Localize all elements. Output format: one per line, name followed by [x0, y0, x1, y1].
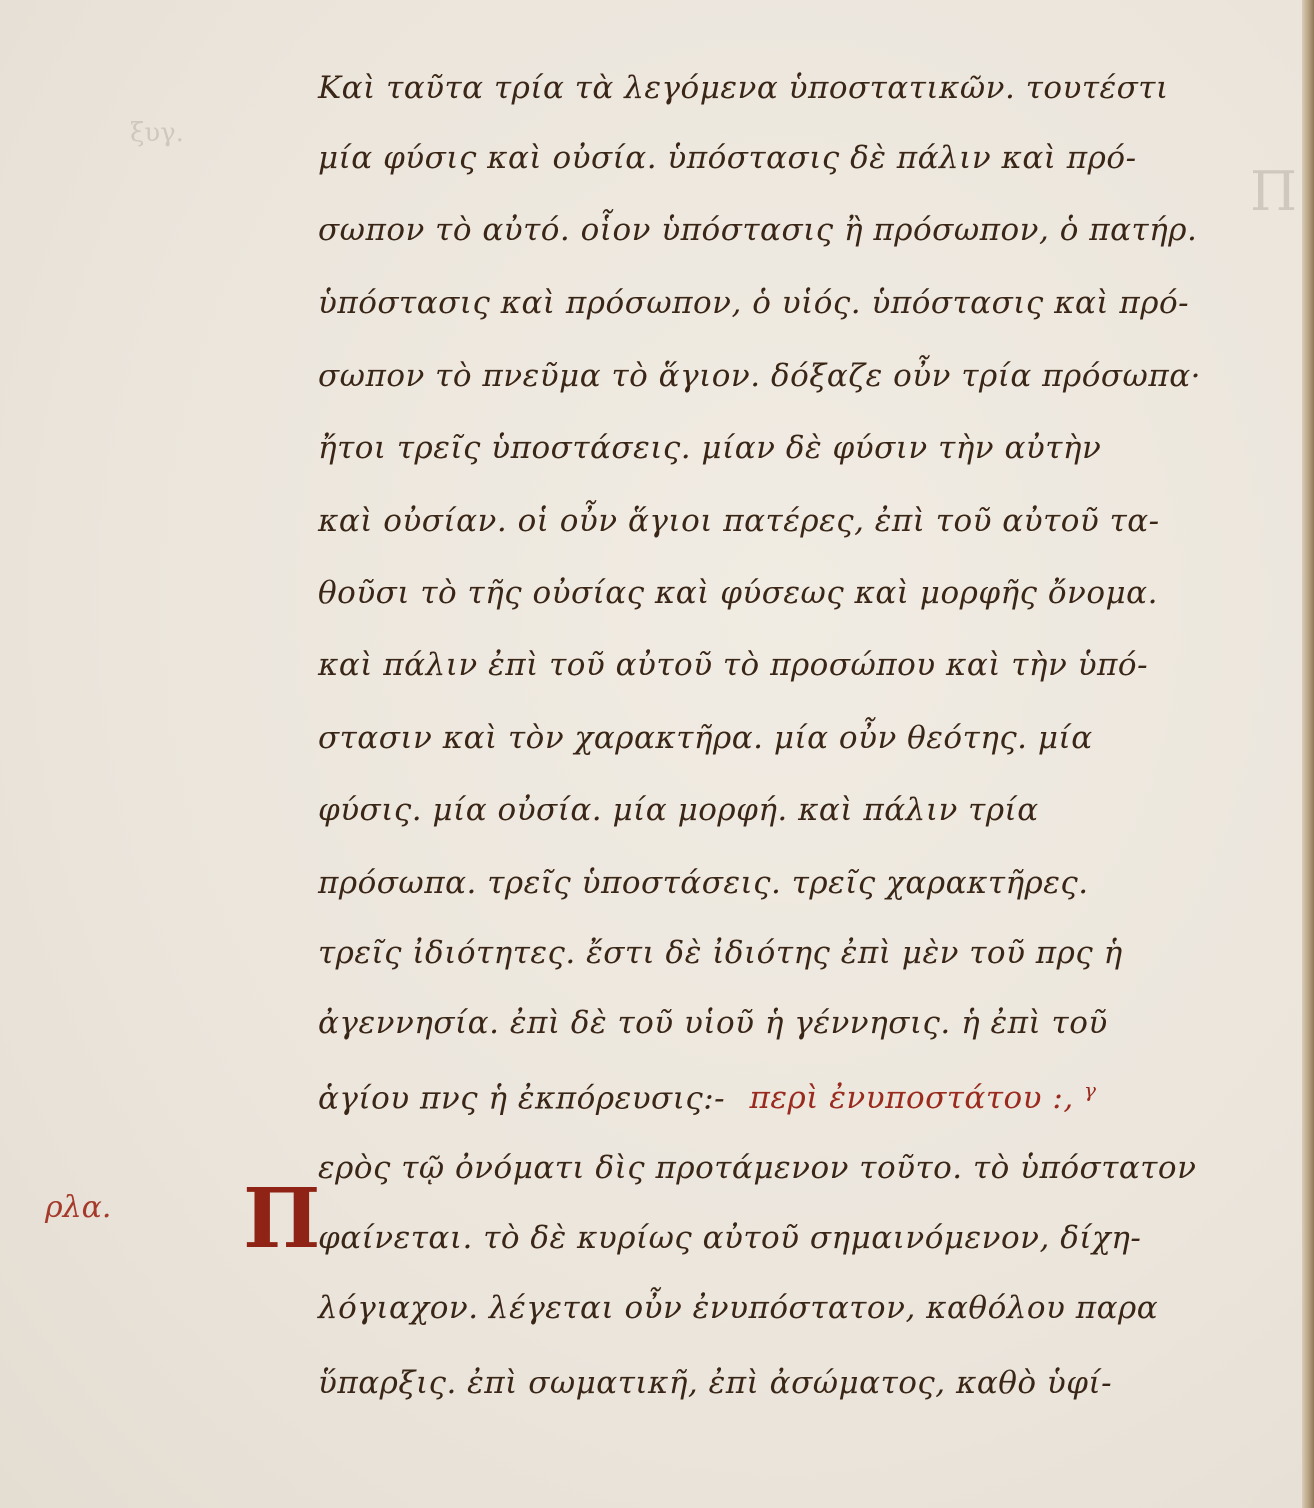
text-line: καὶ πάλιν ἐπὶ τοῦ αὐτοῦ τὸ προσώπου καὶ … [318, 647, 1148, 683]
text-line: στασιν καὶ τὸν χαρακτῆρα. μία οὖν θεότης… [318, 720, 1093, 756]
text-segment: ἁγίου πνς ἡ ἐκπόρευσις:- [318, 1080, 725, 1116]
page-gutter-edge [1302, 0, 1314, 1508]
text-line: σωπον τὸ πνεῦμα τὸ ἅγιον. δόξαζε οὖν τρί… [318, 358, 1201, 394]
text-line: πρόσωπα. τρεῖς ὑποστάσεις. τρεῖς χαρακτῆ… [318, 865, 1089, 901]
rubric-chapter-number: γ [1084, 1078, 1096, 1102]
text-line: καὶ οὐσίαν. οἱ οὖν ἅγιοι πατέρες, ἐπὶ το… [318, 503, 1160, 539]
text-line: Καὶ ταῦτα τρία τὰ λεγόμενα ὑποστατικῶν. … [318, 70, 1169, 106]
text-line: ὑπόστασις καὶ πρόσωπον, ὁ υἱός. ὑπόστασι… [318, 285, 1189, 321]
manuscript-page: ξυγ. Π ρλα. Π Καὶ ταῦτα τρία τὰ λεγόμενα… [0, 0, 1302, 1508]
text-line: μία φύσις καὶ οὐσία. ὑπόστασις δὲ πάλιν … [318, 140, 1137, 176]
rubric-heading: περὶ ἐνυποστάτου :, [750, 1080, 1074, 1116]
text-line: ερὸς τῷ ὀνόματι δὶς προτάμενον τοῦτο. τὸ… [318, 1150, 1196, 1186]
text-line: ἤτοι τρεῖς ὑποστάσεις. μίαν δὲ φύσιν τὴν… [318, 430, 1101, 466]
text-line: ἀγεννησία. ἐπὶ δὲ τοῦ υἱοῦ ἡ γέννησις. ἡ… [318, 1005, 1108, 1041]
text-line: φαίνεται. τὸ δὲ κυρίως αὐτοῦ σημαινόμενο… [318, 1220, 1141, 1256]
faint-marginal-mark: ξυγ. [130, 118, 184, 148]
marginal-chapter-number: ρλα. [45, 1190, 111, 1225]
text-line: θοῦσι τὸ τῆς οὐσίας καὶ φύσεως καὶ μορφῆ… [318, 575, 1158, 611]
text-line: λόγιαχον. λέγεται οὖν ἐνυπόστατον, καθόλ… [318, 1290, 1158, 1326]
rubricated-initial: Π [243, 1178, 320, 1260]
text-line: ὕπαρξις. ἐπὶ σωματικῆ, ἐπὶ ἀσώματος, καθ… [318, 1365, 1112, 1401]
text-line: φύσις. μία οὐσία. μία μορφή. καὶ πάλιν τ… [318, 792, 1039, 828]
text-line: σωπον τὸ αὐτό. οἷον ὑπόστασις ἢ πρόσωπον… [318, 212, 1197, 248]
text-line-with-rubric: ἁγίου πνς ἡ ἐκπόρευσις:- περὶ ἐνυποστάτο… [318, 1078, 1097, 1116]
text-line: τρεῖς ἰδιότητες. ἔστι δὲ ἰδιότης ἐπὶ μὲν… [318, 935, 1123, 971]
faint-bleedthrough-initial: Π [1250, 160, 1297, 223]
